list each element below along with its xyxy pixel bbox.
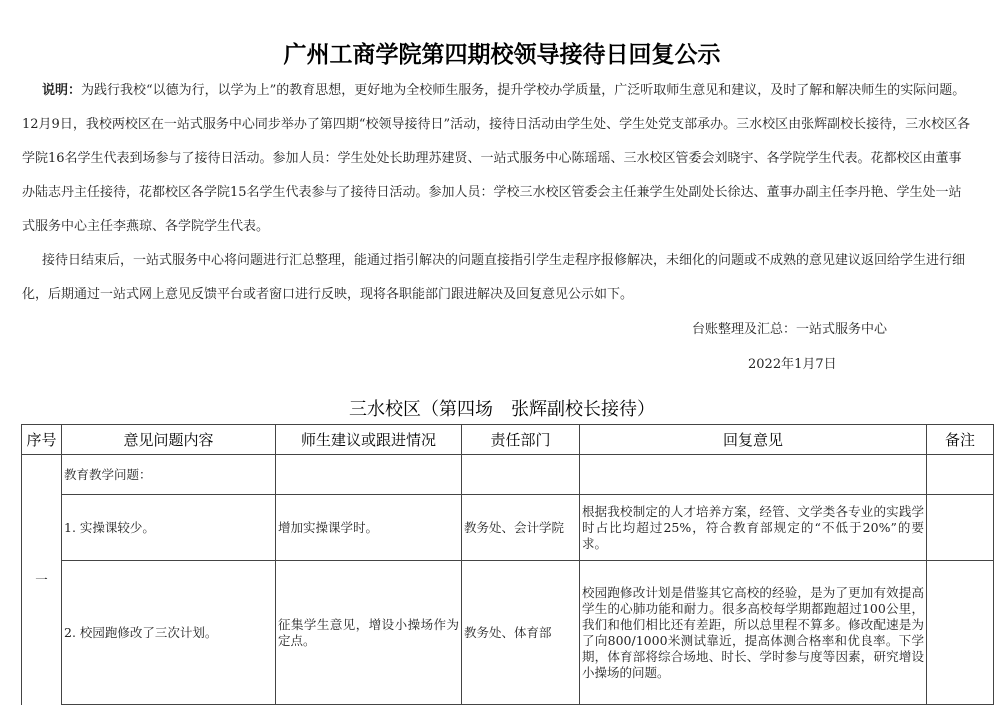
header-remark: 备注 <box>927 425 994 455</box>
remark-cell <box>927 561 994 705</box>
department-cell: 教务处、会计学院 <box>462 495 580 561</box>
suggestion-cell: 征集学生意见，增设小操场作为定点。 <box>276 561 462 705</box>
intro-text: 为践行我校“以德为行，以学为上”的教育思想，更好地为全校师生服务，提升学校办学质… <box>22 83 970 234</box>
intro-paragraph: 说明：为践行我校“以德为行，以学为上”的教育思想，更好地为全校师生服务，提升学校… <box>22 74 972 244</box>
issue-cell: 2. 校园跑修改了三次计划。 <box>62 561 276 705</box>
category-reply-cell <box>580 455 927 495</box>
category-remark-cell <box>927 455 994 495</box>
intro-label: 说明： <box>42 83 81 98</box>
issue-cell: 1. 实操课较少。 <box>62 495 276 561</box>
category-suggestion-cell <box>276 455 462 495</box>
header-number: 序号 <box>22 425 62 455</box>
suggestion-cell: 增加实操课学时。 <box>276 495 462 561</box>
signature: 台账整理及汇总：一站式服务中心 <box>692 318 887 337</box>
section-title: 三水校区（第四场 张辉副校长接待） <box>0 395 1004 421</box>
remark-cell <box>927 495 994 561</box>
table-row: 1. 实操课较少。 增加实操课学时。 教务处、会计学院 根据我校制定的人才培养方… <box>22 495 994 561</box>
reply-cell: 根据我校制定的人才培养方案，经管、文学类各专业的实践学时占比均超过25%，符合教… <box>580 495 927 561</box>
reply-cell: 校园跑修改计划是借鉴其它高校的经验，是为了更加有效提高学生的心肺功能和耐力。很多… <box>580 561 927 705</box>
table-row: 2. 校园跑修改了三次计划。 征集学生意见，增设小操场作为定点。 教务处、体育部… <box>22 561 994 705</box>
header-reply: 回复意见 <box>580 425 927 455</box>
group-number: 一 <box>22 455 62 705</box>
followup-paragraph: 接待日结束后，一站式服务中心将问题进行汇总整理，能通过指引解决的问题直接指引学生… <box>22 244 972 312</box>
category-row: 一 教育教学问题： <box>22 455 994 495</box>
header-suggestion: 师生建议或跟进情况 <box>276 425 462 455</box>
document-title: 广州工商学院第四期校领导接待日回复公示 <box>0 36 1004 69</box>
category-label: 教育教学问题： <box>62 455 276 495</box>
publish-date: 2022年1月7日 <box>748 353 837 372</box>
header-department: 责任部门 <box>462 425 580 455</box>
reply-table: 序号 意见问题内容 师生建议或跟进情况 责任部门 回复意见 备注 一 教育教学问… <box>21 424 994 705</box>
table-header-row: 序号 意见问题内容 师生建议或跟进情况 责任部门 回复意见 备注 <box>22 425 994 455</box>
category-department-cell <box>462 455 580 495</box>
header-issue: 意见问题内容 <box>62 425 276 455</box>
department-cell: 教务处、体育部 <box>462 561 580 705</box>
